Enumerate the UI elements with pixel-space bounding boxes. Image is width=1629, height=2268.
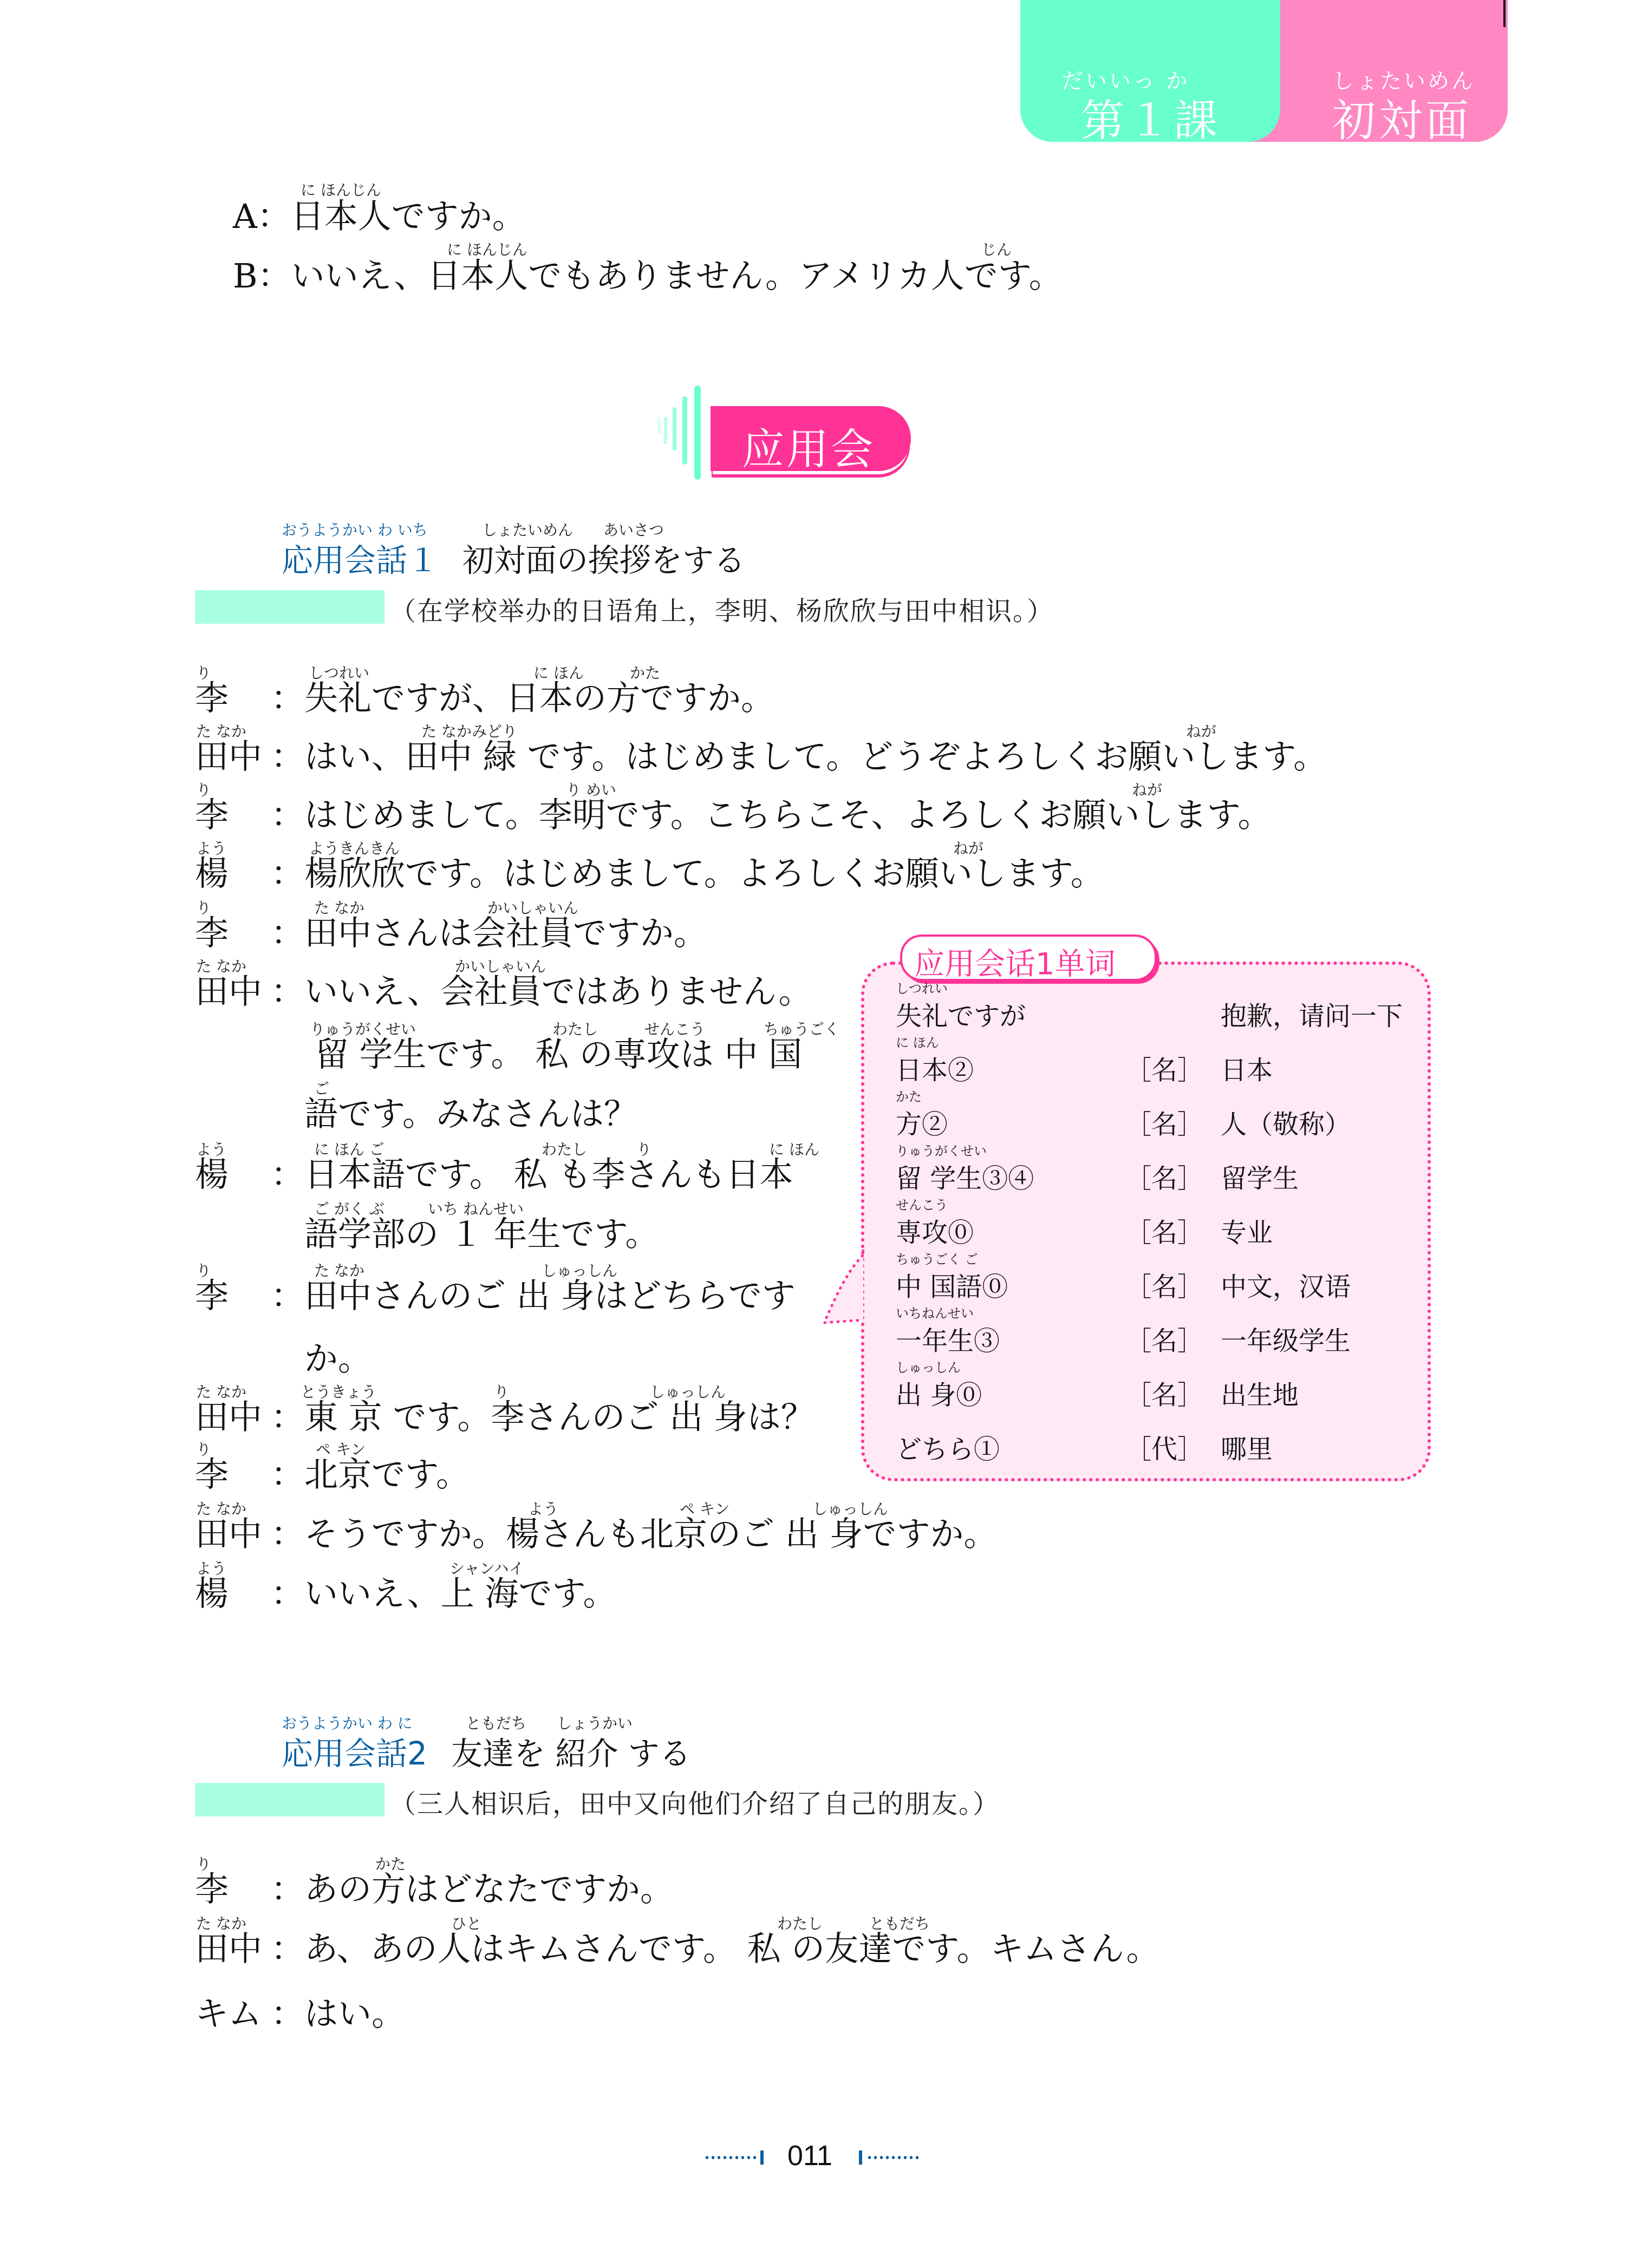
dialogue-line: ：失礼ですが、日本の方ですか。 (271, 677, 774, 720)
furigana: ちゅうごく (764, 1018, 839, 1040)
furigana: わたし (542, 1138, 587, 1160)
divider (760, 2151, 764, 2165)
speaker-name: 李 (195, 912, 229, 955)
furigana: しゅっしん (650, 1381, 726, 1402)
vocab-pos: ［名］ (1125, 1320, 1203, 1357)
dialogue-line: 語学部の １ 年生です。 (271, 1213, 659, 1256)
vocab-item: せんこう専攻⓪［名］专业 (896, 1212, 974, 1249)
speaker-name: キム (195, 1992, 262, 2036)
vocab-item: ちゅうごく ご 中 国語⓪［名］中文，汉语 (896, 1266, 1008, 1303)
furigana: ひと (451, 1912, 481, 1934)
vocab-meaning: 哪里 (1221, 1428, 1273, 1466)
dialogue-line: ：田中さんのご 出 身はどちらです (271, 1274, 796, 1318)
furigana: とうきょう (301, 1381, 376, 1402)
vocab-ruby: りゅうがくせい (896, 1140, 987, 1159)
page-number: 011 (787, 2140, 832, 2172)
vocab-item: しゅっしん出 身⓪［名］出生地 (896, 1374, 982, 1411)
note-marker (195, 1783, 385, 1816)
divider (859, 2151, 862, 2165)
dialogue-line: ：北京です。 (271, 1453, 470, 1496)
furigana: りゅうがくせい (310, 1018, 416, 1040)
furigana: ねが (953, 837, 983, 859)
dialogue-line: 語です。みなさんは？ (271, 1093, 637, 1136)
vocab-pos: ［名］ (1125, 1212, 1203, 1249)
speaker-name: 李 (195, 1453, 229, 1496)
vocab-ruby: しつれい (896, 978, 948, 997)
dialogue1-title: 初対面の挨拶をする (462, 542, 745, 579)
dialogue-line: か。 (271, 1337, 372, 1381)
vocab-meaning: 人（敬称） (1221, 1103, 1351, 1141)
speaker-name: 田中 (195, 735, 262, 779)
furigana: ペ キン (680, 1498, 730, 1519)
dotted-rule (704, 2156, 756, 2159)
speaker-ruby: り (196, 1438, 211, 1460)
furigana: に ほん (769, 1138, 819, 1160)
vocab-ruby: せんこう (896, 1194, 948, 1213)
vocab-item: りゅうがくせい留 学生③④［名］留学生 (896, 1158, 1034, 1195)
vocab-meaning: 中文，汉语 (1221, 1266, 1351, 1303)
furigana: た なか (314, 897, 364, 918)
furigana: ねが (1186, 720, 1216, 742)
speaker-ruby: よう (196, 837, 226, 859)
speaker-ruby: り (196, 1853, 211, 1874)
speaker-ruby: り (196, 662, 211, 683)
furigana: せんこう (644, 1018, 705, 1040)
furigana: ねが (1132, 779, 1162, 800)
speaker-name: 李 (195, 1868, 229, 1911)
dialogue-line: ：はじめまして。李明です。こちらこそ、よろしくお願いします。 (271, 794, 1272, 837)
vocab-meaning: 留学生 (1221, 1158, 1299, 1195)
furigana: かいしゃいん (487, 897, 578, 918)
lesson-title: 初対面 (1332, 86, 1472, 148)
vocab-word: 専攻⓪ (896, 1218, 974, 1248)
speaker-ruby: り (196, 897, 211, 918)
vocab-meaning: 专业 (1221, 1212, 1273, 1249)
furigana: た なかみどり (421, 720, 517, 742)
furigana: いち ねんせい (428, 1198, 524, 1219)
speaker-name: 田中 (195, 1513, 262, 1556)
vocab-title: 应用会话1单词 (914, 940, 1116, 983)
furigana: かた (375, 1853, 406, 1874)
banner-label: 应用会话 (742, 416, 911, 537)
furigana: ご (314, 1077, 329, 1099)
speech-tail-icon (813, 1250, 868, 1331)
speaker-ruby: た なか (196, 1912, 246, 1934)
speaker-ruby: た なか (196, 1381, 246, 1402)
vocab-item: に ほん日本②［名］日本 (896, 1049, 974, 1087)
dialogue-line: ：はい、田中 緑 です。はじめまして。どうぞよろしくお願いします。 (271, 735, 1327, 779)
furigana: しつれい (309, 662, 369, 683)
dotted-rule (866, 2156, 918, 2159)
vocab-ruby: いちねんせい (896, 1303, 974, 1322)
lesson-number-tab: だいいっ か 第１課 (1020, 0, 1280, 142)
vocab-word: 一年生③ (896, 1326, 1000, 1356)
intro-line: A：日本人ですか。 (233, 195, 526, 238)
furigana: わたし (552, 1018, 598, 1040)
dialogue-line: ：日本語です。 私 も李さんも日本 (271, 1153, 793, 1197)
speaker-ruby: よう (196, 1138, 226, 1160)
dialogue-line: ：田中さんは会社員ですか。 (271, 912, 707, 955)
vocab-word: 留 学生③④ (896, 1164, 1034, 1194)
dialogue2-heading: おうようかい わ に ともだち しょうかい 応用会話2友達を 紹介 する (282, 1713, 691, 1774)
speaker-ruby: た なか (196, 1498, 246, 1519)
dialogue1-note: （在学校举办的日语角上，李明、杨欣欣与田中相识。） (390, 590, 1054, 628)
dialogue-line: ：いいえ、会社員ではありません。 (271, 970, 812, 1014)
furigana: ともだち (869, 1912, 930, 1934)
speaker-ruby: た なか (196, 720, 246, 742)
vocab-ruby: かた (896, 1086, 922, 1105)
speaker-name: 楊 (195, 1572, 229, 1616)
vocab-word: 出 身⓪ (896, 1380, 982, 1410)
vocab-ruby: ちゅうごく ご (896, 1249, 978, 1267)
speaker-name: 李 (195, 794, 229, 837)
vocab-meaning: 一年级学生 (1221, 1320, 1351, 1357)
speaker-name: 李 (195, 677, 229, 720)
furigana: ご がく ぶ (314, 1198, 385, 1219)
vocab-title-badge: 应用会话1单词 (900, 934, 1157, 981)
dialogue-line: 留 学生です。 私 の専攻は 中 国 (271, 1033, 802, 1076)
dialogue-line: ：あの方はどなたですか。 (271, 1868, 674, 1911)
page-footer: 011 (704, 2139, 921, 2171)
speaker-name: 田中 (195, 1396, 262, 1439)
furigana: わたし (777, 1912, 823, 1934)
speaker-name: 楊 (195, 852, 229, 896)
vocab-pos: ［名］ (1125, 1266, 1203, 1303)
vocab-item: いちねんせい一年生③［名］一年级学生 (896, 1320, 1000, 1357)
furigana: り めい (566, 779, 616, 800)
dialogue1-label: 応用会話１ (282, 542, 439, 579)
furigana: に ほんじん (447, 238, 527, 260)
dialogue-line: ：あ、あの人はキムさんです。 私 の友達です。キムさん。 (271, 1927, 1160, 1971)
speaker-ruby: り (196, 779, 211, 800)
furigana: シャンハイ (449, 1557, 524, 1579)
furigana: ようきんきん (309, 837, 400, 859)
banner-label-box: 应用会话 (711, 406, 911, 471)
vocab-word: 日本② (896, 1055, 974, 1086)
speaker-ruby: り (196, 1259, 211, 1281)
dialogue2-note: （三人相识后，田中又向他们介绍了自己的朋友。） (390, 1783, 1000, 1820)
dialogue-line: ：はい。 (271, 1992, 405, 2036)
speaker-name: 田中 (195, 1927, 262, 1971)
vocab-meaning: 抱歉，请问一下 (1221, 995, 1403, 1032)
furigana: り (494, 1381, 509, 1402)
furigana: しゅっしん (812, 1498, 888, 1519)
vocab-item: しつれい失礼ですが抱歉，请问一下 (896, 995, 1026, 1032)
dialogue-line: ：東 京 です。李さんのご 出 身は？ (271, 1396, 814, 1439)
vocab-pos: ［名］ (1125, 1103, 1203, 1141)
furigana: よう (528, 1498, 558, 1519)
speaker-name: 楊 (195, 1153, 229, 1197)
vocab-pos: ［代］ (1125, 1428, 1203, 1466)
lesson-number: 第１課 (1081, 86, 1221, 148)
furigana: に ほんじん (301, 179, 381, 200)
vocab-item: かた方②［名］人（敬称） (896, 1103, 948, 1141)
vocab-word: 方② (896, 1109, 948, 1140)
intro-line: B：いいえ、日本人でもありません。アメリカ人です。 (233, 254, 1063, 298)
speaker-ruby: た なか (196, 955, 246, 977)
dialogue-line: ：そうですか。楊さんも北京のご 出 身ですか。 (271, 1513, 997, 1556)
vocab-meaning: 出生地 (1221, 1374, 1299, 1411)
vocab-item: どちら①［代］哪里 (896, 1428, 1000, 1466)
vocab-ruby: しゅっしん (896, 1357, 961, 1376)
vocab-pos: ［名］ (1125, 1158, 1203, 1195)
furigana: に ほん ご (314, 1138, 385, 1160)
vocab-pos: ［名］ (1125, 1374, 1203, 1411)
vocab-ruby: に ほん (896, 1032, 939, 1051)
dialogue-line: ：いいえ、上 海です。 (271, 1572, 616, 1616)
furigana: に ほん (533, 662, 584, 683)
furigana: かた (630, 662, 660, 683)
furigana: り (636, 1138, 651, 1160)
furigana: じん (981, 238, 1012, 260)
vocab-pos: ［名］ (1125, 1049, 1203, 1087)
crop-mark (1503, 0, 1510, 27)
dialogue2-label: 応用会話2 (282, 1735, 427, 1772)
dialogue2-title: 友達を 紹介 する (451, 1735, 691, 1772)
furigana: かいしゃいん (455, 955, 546, 977)
speaker-name: 田中 (195, 970, 262, 1014)
dialogue1-heading: おうようかい わ いち しょたいめん あいさつ 応用会話１初対面の挨拶をする (282, 520, 745, 580)
furigana: しゅっしん (542, 1259, 617, 1281)
vocab-meaning: 日本 (1221, 1049, 1273, 1087)
vocab-word: 失礼ですが (896, 1001, 1026, 1031)
furigana: た なか (314, 1259, 364, 1281)
furigana: ペ キン (316, 1438, 366, 1460)
speaker-ruby: よう (196, 1557, 226, 1579)
note-marker (195, 590, 385, 624)
vocab-word: どちら① (896, 1434, 1000, 1465)
speaker-name: 李 (195, 1274, 229, 1318)
dialogue-line: ：楊欣欣です。はじめまして。よろしくお願いします。 (271, 852, 1104, 896)
vocab-word: 中 国語⓪ (896, 1272, 1008, 1302)
